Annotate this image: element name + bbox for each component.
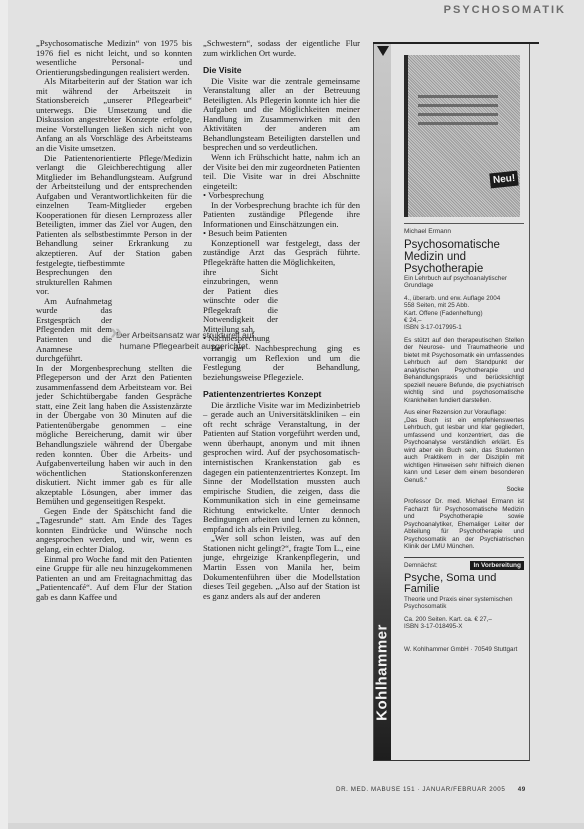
triangle-marker-icon [377, 46, 389, 56]
review-intro: Aus einer Rezension zur Vorauflage: [404, 409, 524, 417]
new-badge: Neu! [489, 171, 519, 189]
paragraph: In der Morgenbesprechung stellten die Pf… [36, 364, 192, 507]
ad-content: Neu! Michael Ermann Psychosomatische Med… [404, 55, 524, 654]
review-text: „Das Buch ist ein empfehlenswertes Lehrb… [404, 417, 524, 485]
publication-info: DR. MED. MABUSE 151 · JANUAR/FEBRUAR 200… [336, 786, 505, 793]
book-binding: Kart. Offene (Fadenheftung) [404, 310, 524, 317]
quote-mark-icon: » [110, 326, 122, 337]
ad-top-rule [373, 42, 539, 44]
paragraph: Die Visite war die zentrale gemeinsame V… [203, 77, 360, 153]
book-isbn-2: ISBN 3-17-018495-X [404, 623, 524, 630]
publisher-logo: Kohlhammer [374, 623, 391, 723]
paragraph: Die ärztliche Visite war im Medizinbetri… [203, 401, 360, 535]
book-advertisement: Kohlhammer Neu! Michael Ermann Psychosom… [373, 42, 530, 761]
divider [404, 223, 524, 224]
book-author: Michael Ermann [404, 228, 524, 235]
book-title: Psychosomatische Medizin und Psychothera… [404, 239, 524, 275]
paragraph: Konzeptionell war festgelegt, dass der z… [203, 239, 360, 268]
paragraph: Als Mitarbeiterin auf der Station war ic… [36, 77, 192, 153]
article-column-2: „Schwestern“, sodass der eigentliche Flu… [203, 39, 360, 601]
paragraph: Am Aufnahmetag wurde das Erstgespräch de… [36, 297, 112, 364]
book-isbn: ISBN 3-17-017995-1 [404, 324, 524, 331]
book-subtitle-2: Theorie und Praxis einer systemischen Ps… [404, 596, 524, 611]
author-bio: Professor Dr. med. Michael Ermann ist Fa… [404, 498, 524, 551]
paragraph: „Psychosomatische Medizin“ von 1975 bis … [36, 39, 192, 77]
book-edition: 4., überarb. und erw. Auflage 2004 [404, 295, 524, 302]
paragraph: Die Patientenorientierte Pflege/Medizin … [36, 154, 192, 269]
paragraph: ihre Sicht einzubringen, wenn der Patien… [203, 268, 278, 335]
review-source: Socke [404, 486, 524, 493]
publisher-address: W. Kohlhammer GmbH · 70549 Stuttgart [404, 646, 524, 653]
section-header: PSYCHOSOMATIK [444, 4, 566, 16]
page-edge-bottom [8, 823, 584, 829]
upcoming-row: Demnächst: In Vorbereitung [404, 557, 524, 570]
book-cover-image: Neu! [404, 55, 520, 217]
paragraph: Einmal pro Woche fand mit den Patienten … [36, 555, 192, 603]
paragraph: In der Vorbesprechung brachte ich für de… [203, 201, 360, 230]
paragraph: Bei der Nachbesprechung ging es vorrangi… [203, 344, 360, 382]
page-number: 49 [518, 786, 526, 793]
book-price: € 24,– [404, 317, 524, 324]
paragraph: „Wer soll schon leisten, was auf den Sta… [203, 534, 360, 601]
cover-text-lines [418, 95, 498, 131]
book-pages: 558 Seiten, mit 25 Abb. [404, 302, 524, 309]
section-heading: Patientenzentriertes Konzept [203, 390, 360, 400]
paragraph: „Schwestern“, sodass der eigentliche Flu… [203, 39, 360, 58]
publisher-spine: Kohlhammer [373, 44, 391, 760]
page-footer: DR. MED. MABUSE 151 · JANUAR/FEBRUAR 200… [336, 786, 526, 793]
upcoming-badge: In Vorbereitung [470, 561, 524, 570]
page-edge [0, 0, 8, 829]
section-heading: Die Visite [203, 66, 360, 76]
book-subtitle: Ein Lehrbuch auf psychoanalytischer Grun… [404, 275, 524, 290]
book-details-2: Ca. 200 Seiten. Kart. ca. € 27,– [404, 616, 524, 623]
paragraph: Wenn ich Frühschicht hatte, nahm ich an … [203, 153, 360, 191]
paragraph: Besprechungen den strukturellen Rahmen v… [36, 268, 112, 297]
book-description: Es stützt auf den therapeutischen Stelle… [404, 337, 524, 405]
upcoming-label: Demnächst: [404, 562, 438, 569]
book-title-2: Psyche, Soma und Familie [404, 573, 524, 596]
paragraph: Gegen Ende der Spätschicht fand die „Tag… [36, 507, 192, 555]
